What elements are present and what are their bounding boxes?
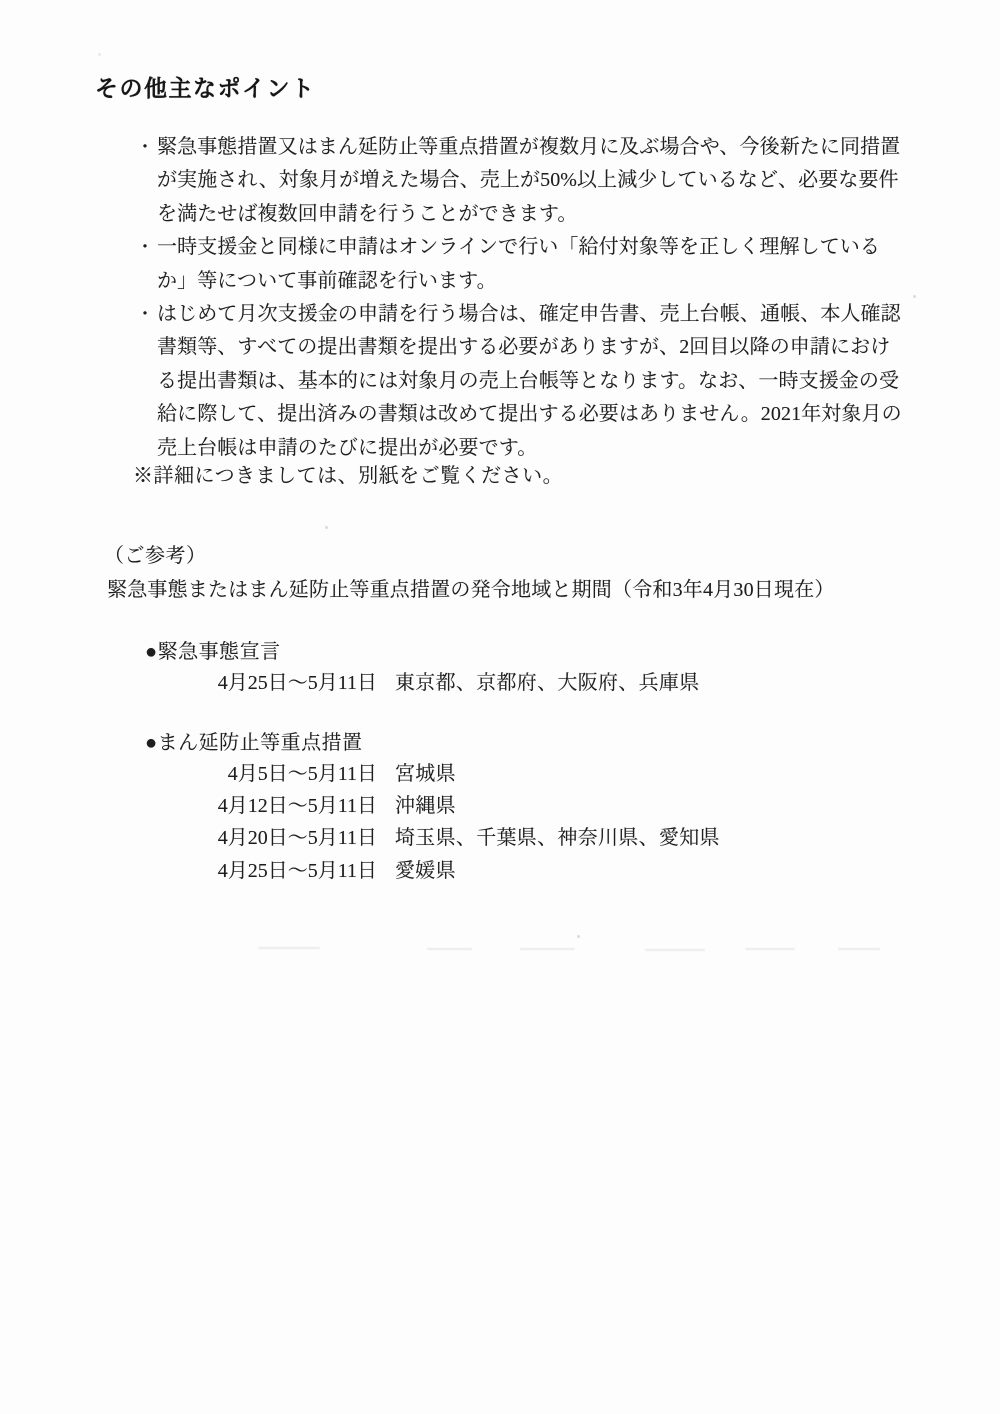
bullet-list: ・ 緊急事態措置又はまん延防止等重点措置が複数月に及ぶ場合や、今後新たに同措置 …: [135, 131, 945, 465]
entry-row: 4月25日～5月11日愛媛県: [185, 854, 456, 883]
detail-note: ※詳細につきましては、別紙をご覧ください。: [133, 459, 563, 488]
scan-artifact: [520, 948, 575, 950]
scan-artifact: [258, 947, 320, 949]
entry-row: 4月12日～5月11日沖縄県: [185, 789, 456, 818]
bullet-line: 一時支援金と同様に申請はオンラインで行い「給付対象等を正しく理解している: [157, 231, 945, 264]
entry-period: 4月25日～5月11日: [185, 666, 377, 695]
bullet-line: が実施され、対象月が増えた場合、売上が50%以上減少しているなど、必要な要件: [157, 164, 945, 197]
scan-speck: [913, 295, 916, 298]
entry-row: 4月25日～5月11日東京都、京都府、大阪府、兵庫県: [185, 666, 700, 695]
bullet-dot-icon: ・: [136, 231, 154, 264]
scan-artifact: [645, 949, 705, 951]
scan-artifact: [838, 948, 880, 950]
bullet-item: ・ はじめて月次支援金の申請を行う場合は、確定申告書、売上台帳、通帳、本人確認 …: [135, 298, 945, 465]
entry-period: 4月12日～5月11日: [185, 789, 377, 818]
scan-speck: [577, 935, 580, 938]
scan-speck: [325, 526, 328, 529]
bullet-line: 給に際して、提出済みの書類は改めて提出する必要はありません。2021年対象月の: [157, 398, 945, 431]
bullet-item: ・ 一時支援金と同様に申請はオンラインで行い「給付対象等を正しく理解している か…: [135, 231, 945, 298]
section-title-priority-measures: ●まん延防止等重点措置: [145, 726, 363, 755]
scan-speck: [98, 53, 101, 56]
entry-regions: 東京都、京都府、大阪府、兵庫県: [395, 666, 700, 695]
entry-row: 4月5日～5月11日宮城県: [185, 757, 456, 786]
bullet-dot-icon: ・: [136, 131, 154, 164]
entry-regions: 愛媛県: [395, 854, 456, 883]
entry-row: 4月20日～5月11日埼玉県、千葉県、神奈川県、愛知県: [185, 821, 720, 850]
bullet-item: ・ 緊急事態措置又はまん延防止等重点措置が複数月に及ぶ場合や、今後新たに同措置 …: [135, 131, 945, 231]
reference-label: （ご参考）: [104, 539, 207, 568]
bullet-line: る提出書類は、基本的には対象月の売上台帳等となります。なお、一時支援金の受: [157, 365, 945, 398]
entry-period: 4月20日～5月11日: [185, 821, 377, 850]
entry-period: 4月5日～5月11日: [185, 757, 377, 786]
reference-heading: 緊急事態またはまん延防止等重点措置の発令地域と期間（令和3年4月30日現在）: [107, 573, 835, 602]
entry-regions: 宮城県: [395, 757, 456, 786]
bullet-dot-icon: ・: [136, 298, 154, 331]
bullet-line: はじめて月次支援金の申請を行う場合は、確定申告書、売上台帳、通帳、本人確認: [157, 298, 945, 331]
bullet-line: 書類等、すべての提出書類を提出する必要がありますが、2回目以降の申請におけ: [157, 331, 945, 364]
page-title: その他主なポイント: [95, 70, 316, 103]
scan-artifact: [427, 948, 472, 950]
bullet-line: か」等について事前確認を行います。: [157, 265, 945, 298]
entry-regions: 沖縄県: [395, 789, 456, 818]
entry-period: 4月25日～5月11日: [185, 854, 377, 883]
entry-regions: 埼玉県、千葉県、神奈川県、愛知県: [395, 821, 720, 850]
scan-artifact: [745, 948, 795, 950]
section-title-emergency-declaration: ●緊急事態宣言: [145, 635, 281, 664]
bullet-line: を満たせば複数回申請を行うことができます。: [157, 198, 945, 231]
bullet-line: 緊急事態措置又はまん延防止等重点措置が複数月に及ぶ場合や、今後新たに同措置: [157, 131, 945, 164]
scanned-document-page: その他主なポイント ・ 緊急事態措置又はまん延防止等重点措置が複数月に及ぶ場合や…: [0, 0, 1000, 1414]
